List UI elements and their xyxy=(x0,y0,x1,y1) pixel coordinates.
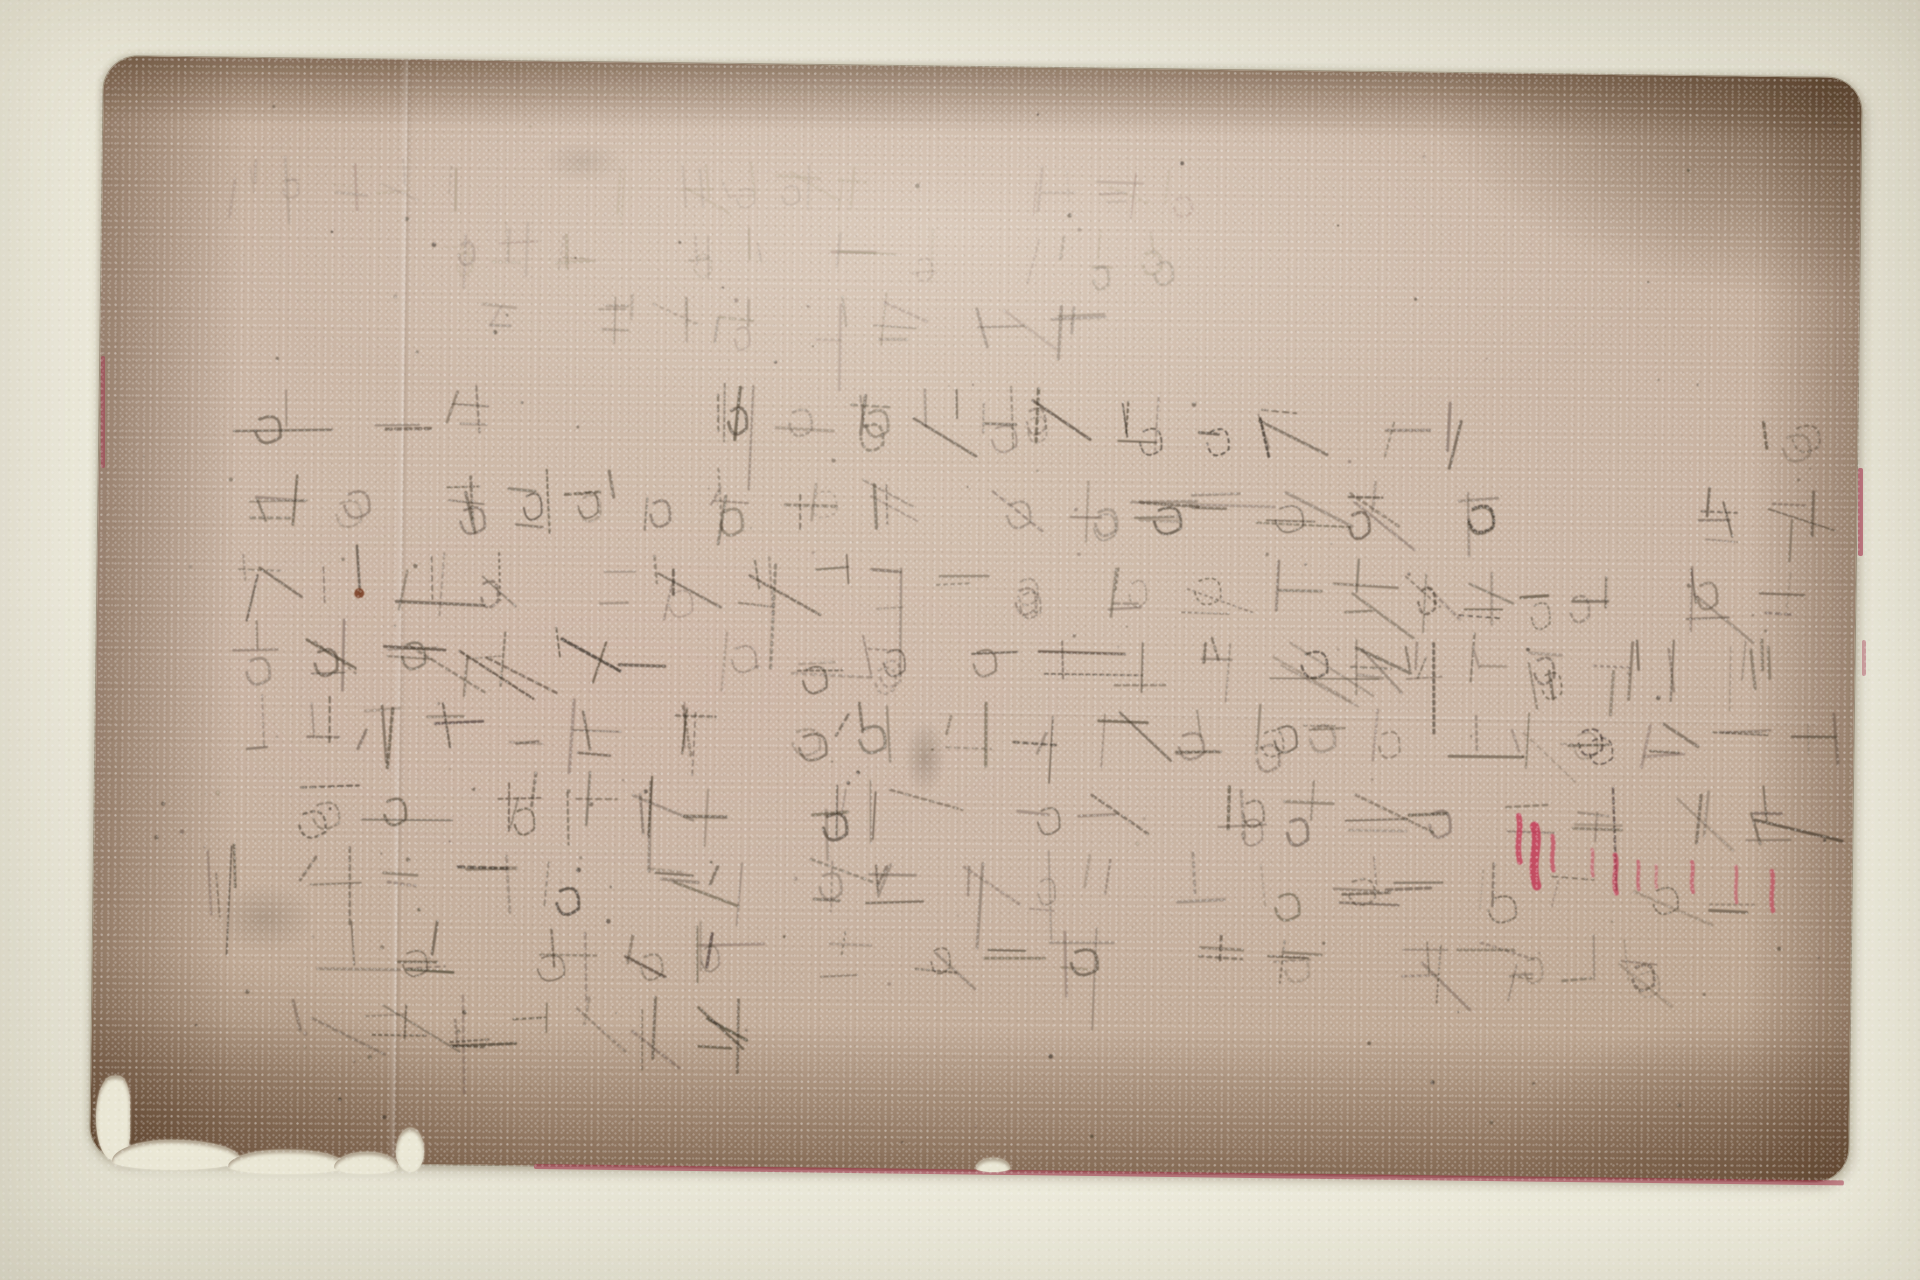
red-card-edge-sliver xyxy=(1862,640,1866,676)
handwriting-layer xyxy=(90,56,1862,1182)
postcard xyxy=(90,56,1862,1182)
red-card-edge-sliver xyxy=(1858,468,1863,556)
photo-backdrop xyxy=(0,0,1920,1280)
